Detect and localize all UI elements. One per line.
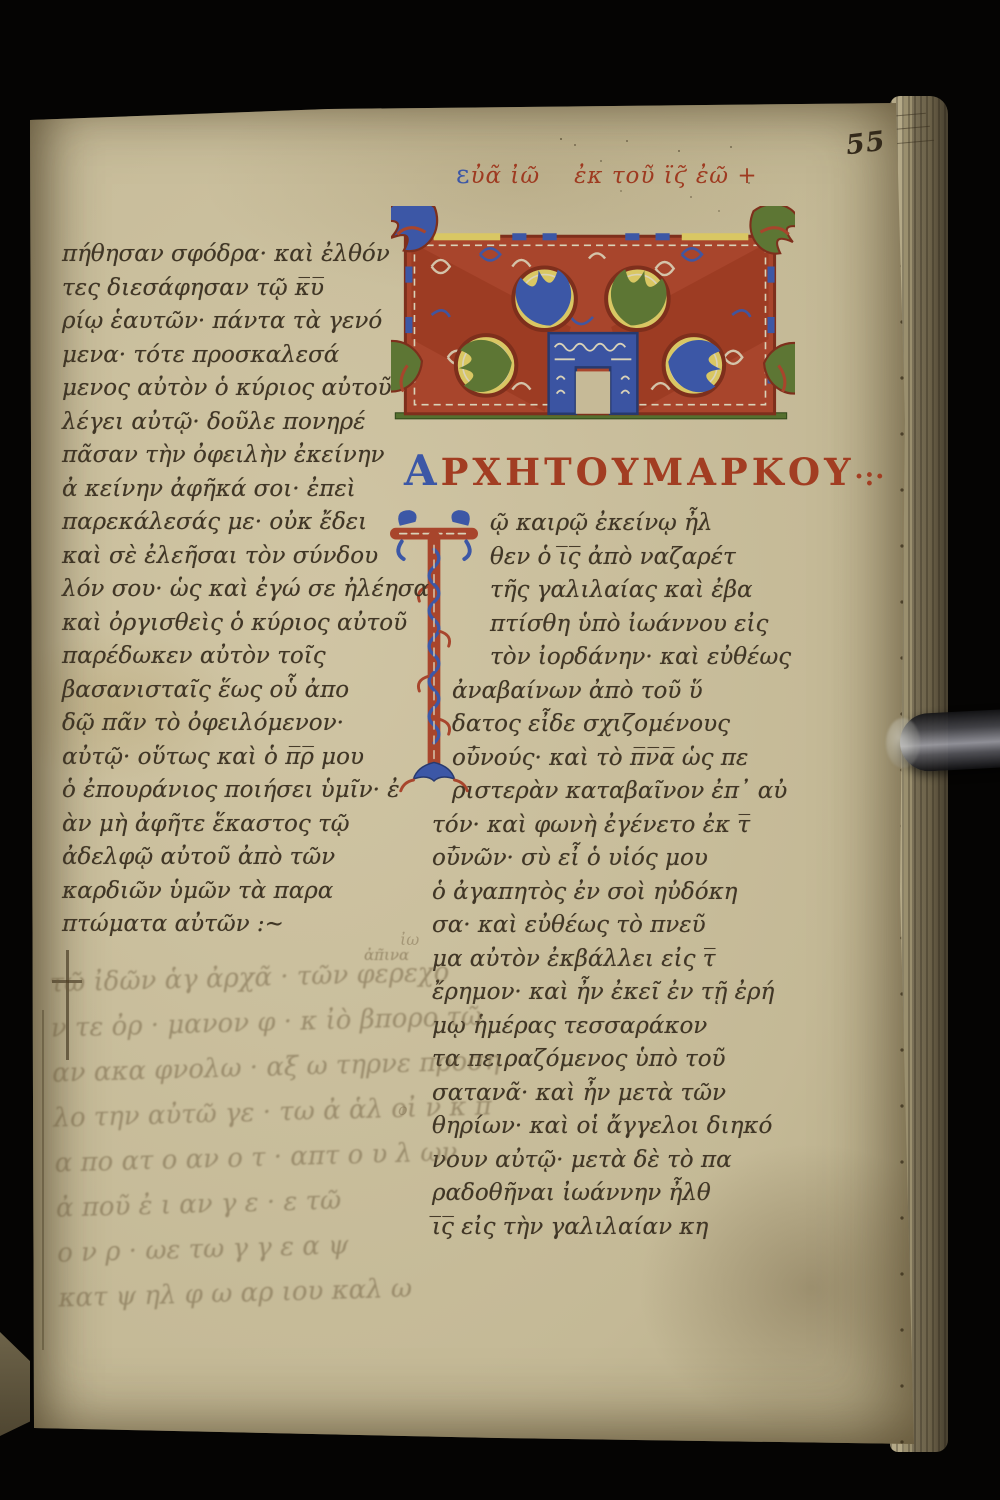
text-line: τῆς γαλιλαίας καὶ ἐβα xyxy=(490,574,810,608)
rubric-text: ὐᾶ ἰῶ xyxy=(470,163,540,189)
text-line: δῷ πᾶν τὸ ὀφειλόμενον· xyxy=(62,707,414,741)
header-rubric: εὐᾶ ἰῶἐκ τοῦ ϊϛ̃ ἐῶ + xyxy=(456,160,816,190)
manuscript-page: 55 εὐᾶ ἰῶἐκ τοῦ ϊϛ̃ ἐῶ + xyxy=(28,100,918,1450)
text-line: ι̅ς̅ εἰς τὴν γαλιλαίαν κη xyxy=(432,1211,810,1245)
text-line: αὐτῷ· οὕτως καὶ ὁ π̅ρ̅ μου xyxy=(62,741,414,775)
marginal-glyph: ἰω xyxy=(400,930,419,949)
text-line: πτίσθη ὑπὸ ἰωάννου εἰς xyxy=(490,608,810,642)
title-punctuation: ·:· xyxy=(855,462,886,492)
ink-speckles xyxy=(560,138,562,140)
text-line: τόν· καὶ φωνὴ ἐγένετο ἐκ τ̅ xyxy=(432,809,810,843)
text-line: ἀναβαίνων ἀπὸ τοῦ ὕ xyxy=(452,675,810,709)
folio-number: 55 xyxy=(844,126,887,162)
text-line: νουν αὐτῷ· μετὰ δὲ τὸ πα xyxy=(432,1144,810,1178)
rubric-text-2: ἐκ τοῦ ϊϛ̃ ἐῶ + xyxy=(574,163,758,189)
headpiece-doorway xyxy=(549,333,638,414)
lower-left-page-edge xyxy=(0,1332,30,1436)
text-line: ραδοθῆναι ἰωάννην ἦλθ xyxy=(432,1177,810,1211)
text-line: μα αὐτὸν ἐκβάλλει εἰς τ̅ xyxy=(432,943,810,977)
text-line: παρεκάλεσάς με· οὐκ ἔδει xyxy=(62,506,414,540)
text-line: μῳ ἡμέρας τεσσαράκον xyxy=(432,1010,810,1044)
manuscript-photo: 55 εὐᾶ ἰῶἐκ τοῦ ϊϛ̃ ἐῶ + xyxy=(0,0,1000,1500)
text-line: ῷ καιρῷ ἐκείνῳ ἦλ xyxy=(490,507,810,541)
rubric-initial: ε xyxy=(456,160,470,190)
text-line: ἔρημον· καὶ ἦν ἐκεῖ ἐν τῇ ἐρή xyxy=(432,976,810,1010)
title-text: ΡΧΗΤΟΥΜΑΡΚΟΥ xyxy=(441,450,855,494)
right-text-column: ῷ καιρῷ ἐκείνῳ ἦλθεν ὁ ι̅ς̅ ἀπὸ ναζαρέττ… xyxy=(432,507,810,1244)
text-line: δατος εἶδε σχιζομένους xyxy=(452,708,810,742)
headpiece-ornament xyxy=(391,206,795,438)
text-line: ὁ ἀγαπητὸς ἐν σοὶ ηὐδόκη xyxy=(432,876,810,910)
text-line: μενα· τότε προσκαλεσά xyxy=(62,339,414,373)
text-line: οὐ̅νῶν· σὺ εἶ ὁ υἱός μου xyxy=(432,842,810,876)
text-line: σα· καὶ εὐθέως τὸ πνεῦ xyxy=(432,909,810,943)
text-line: οὐ̅νούς· καὶ τὸ π̅ν̅α̅ ὡς πε xyxy=(452,742,810,776)
text-line: λόν σου· ὡς καὶ ἐγώ σε ἠλέησα xyxy=(62,573,414,607)
chapter-title: ΑΡΧΗΤΟΥΜΑΡΚΟΥ·:· xyxy=(404,446,814,495)
text-line: ριστερὰν καταβαῖνον ἐπ᾽ αὐ xyxy=(452,775,810,809)
text-line: θεν ὁ ι̅ς̅ ἀπὸ ναζαρέτ xyxy=(490,541,810,575)
text-line: καρδιῶν ὑμῶν τὰ παρα xyxy=(62,875,414,909)
text-line: καὶ ὀργισθεὶς ὁ κύριος αὐτοῦ xyxy=(62,607,414,641)
text-line: ρίῳ ἑαυτῶν· πάντα τὰ γενό xyxy=(62,305,414,339)
text-line: πᾶσαν τὴν ὀφειλὴν ἐκείνην xyxy=(62,439,414,473)
page-holder-clip-tip xyxy=(886,718,920,768)
left-text-column: πήθησαν σφόδρα· καὶ ἐλθόντες διεσάφησαν … xyxy=(62,238,414,942)
text-line: μενος αὐτὸν ὁ κύριος αὐτοῦ xyxy=(62,372,414,406)
text-line: ὁ ἐπουράνιος ποιήσει ὑμῖν· ἐ xyxy=(62,774,414,808)
text-line: παρέδωκεν αὐτὸν τοῖς xyxy=(62,640,414,674)
text-line: πτώματα αὐτῶν :~ xyxy=(62,908,414,942)
text-line: πήθησαν σφόδρα· καὶ ἐλθόν xyxy=(62,238,414,272)
text-line: τες διεσάφησαν τῷ κ̅υ̅ xyxy=(62,272,414,306)
text-line: καὶ σὲ ἐλεῆσαι τὸν σύνδου xyxy=(62,540,414,574)
faded-annotation: τῶ ἰδῶν ἁγ ἀρχᾶ · τῶν φερεχον τε ὀρ · μα… xyxy=(49,950,459,1321)
text-line: λέγει αὐτῷ· δοῦλε πονηρέ xyxy=(62,406,414,440)
text-line: ἀδελφῷ αὐτοῦ ἀπὸ τῶν xyxy=(62,841,414,875)
text-line: ἀ κείνην ἀφῆκά σοι· ἐπεὶ xyxy=(62,473,414,507)
text-line: τὸν ἰορδάνην· καὶ εὐθέως xyxy=(490,641,810,675)
text-line: ὰν μὴ ἀφῆτε ἕκαστος τῷ xyxy=(62,808,414,842)
text-line: βασανισταῖς ἕως οὗ ἀπο xyxy=(62,674,414,708)
